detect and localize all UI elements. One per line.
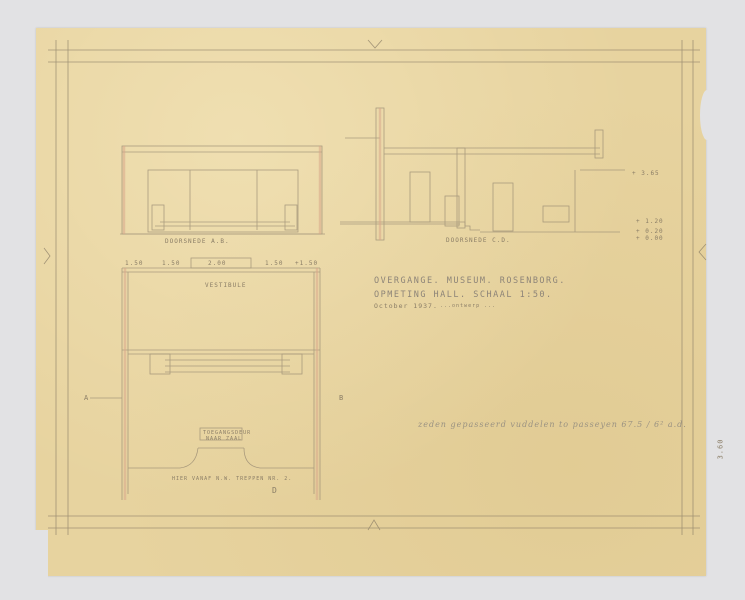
plan-note: HIER VANAF N.W. TREPPEN NR. 2. — [172, 476, 292, 482]
marker-b: B — [339, 394, 344, 402]
plan-dim: 1.50 — [162, 260, 180, 267]
level-label: + 0.20 — [636, 228, 664, 235]
marker-a: A — [84, 394, 89, 402]
architectural-drawing — [0, 0, 745, 600]
box-label: NAAR ZAAL — [206, 436, 242, 442]
level-label: + 3.65 — [632, 170, 660, 177]
level-label: + 0.00 — [636, 235, 664, 242]
plan-dim: 1.50 — [265, 260, 283, 267]
level-label: + 1.20 — [636, 218, 664, 225]
plan-dim: 1.50 — [125, 260, 143, 267]
title-note: ...ontwerp ... — [440, 303, 496, 309]
handwritten-note: zeden gepasseerd vuddelen to passeyen 67… — [418, 420, 687, 429]
margin-note: 3.60 — [716, 439, 724, 460]
title-line-3: October 1937. — [374, 302, 438, 310]
title-line-2: OPMETING HALL. SCHAAL 1:50. — [374, 290, 553, 300]
section-cd-label: DOORSNEDE C.D. — [446, 237, 511, 244]
plan-dim: +1.50 — [295, 260, 318, 267]
plan-dim: 2.00 — [208, 260, 226, 267]
section-ab-label: DOORSNEDE A.B. — [165, 238, 230, 245]
marker-d: D — [272, 486, 278, 495]
room-label: VESTIBULE — [205, 282, 247, 289]
title-line-1: OVERGANGE. MUSEUM. ROSENBORG. — [374, 276, 566, 286]
